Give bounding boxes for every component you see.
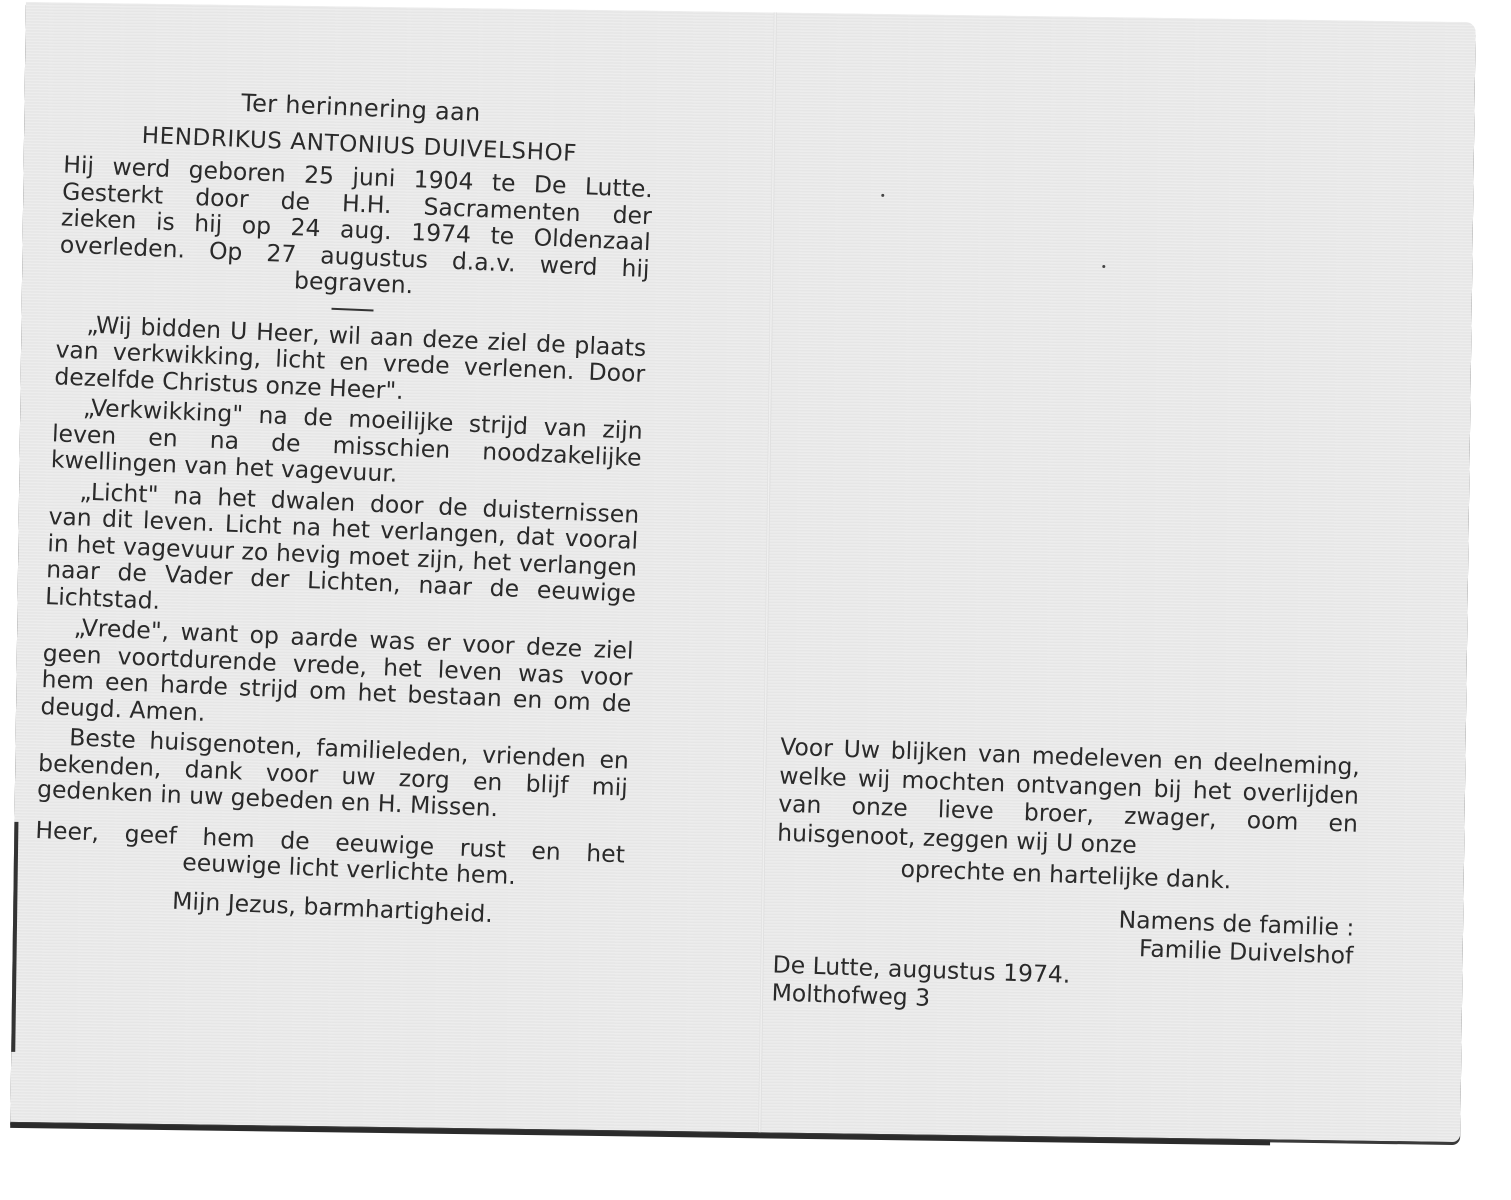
vrede-paragraph: „Vrede", want op aarde was er voor deze … <box>40 613 634 744</box>
card-bottom-edge <box>10 1123 1270 1146</box>
divider-rule <box>332 307 374 311</box>
thanks-text: Voor Uw blijken van medeleven en deelnem… <box>777 733 1361 867</box>
licht-paragraph: „Licht" na het dwalen door de duisternis… <box>45 477 640 634</box>
ink-speck <box>881 194 884 197</box>
eternal-rest-prayer: Heer, geef hem de eeuwige rust en het ee… <box>34 816 626 894</box>
ink-speck <box>1102 265 1105 268</box>
right-page: Voor Uw blijken van medeleven en deelnem… <box>771 733 1360 1028</box>
left-page: Ter herinnering aan HENDRIKUS ANTONIUS D… <box>32 83 656 933</box>
memorial-card: Ter herinnering aan HENDRIKUS ANTONIUS D… <box>10 2 1475 1142</box>
